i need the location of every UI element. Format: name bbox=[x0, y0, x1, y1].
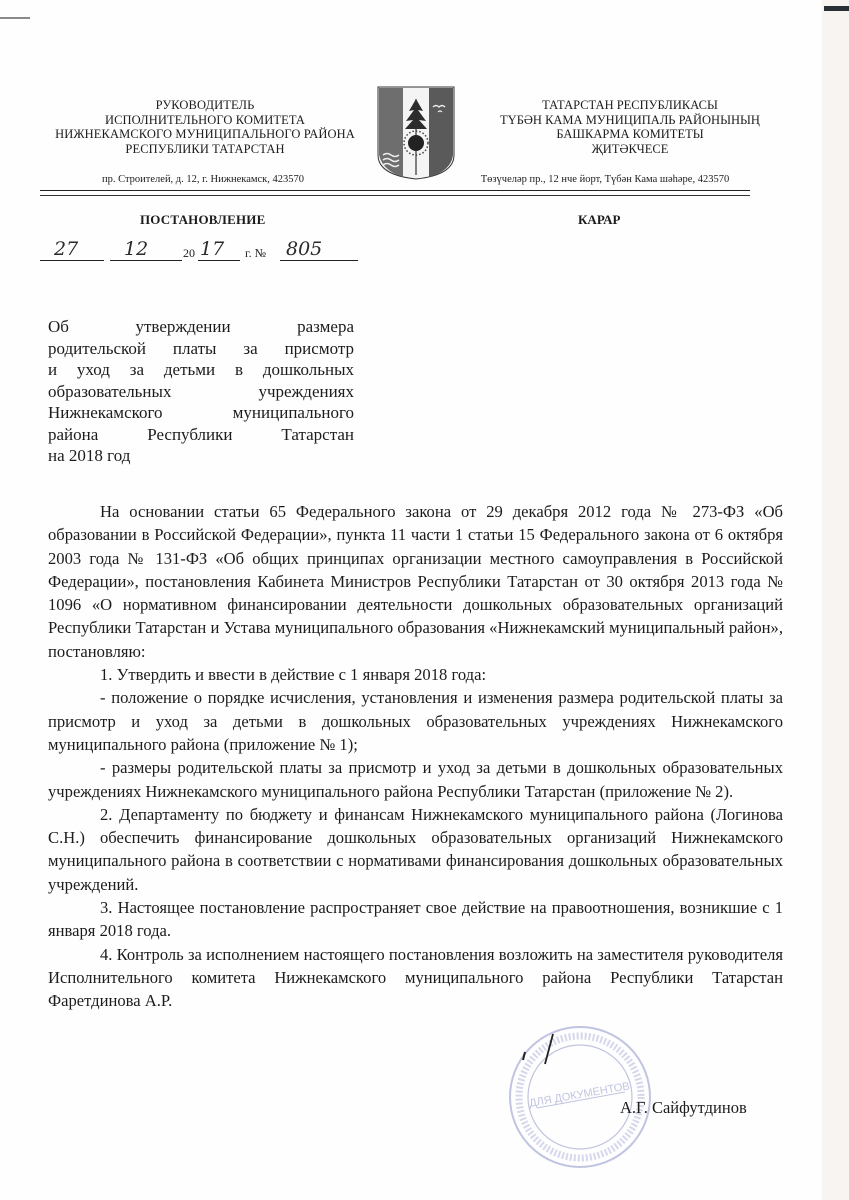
item-3: 3. Настоящее постановление распространяе… bbox=[48, 896, 783, 943]
scan-mark bbox=[0, 17, 30, 19]
document-page: РУКОВОДИТЕЛЬ ИСПОЛНИТЕЛЬНОГО КОМИТЕТА НИ… bbox=[0, 0, 823, 1200]
number-underline bbox=[280, 260, 358, 261]
header-left-line: НИЖНЕКАМСКОГО МУНИЦИПАЛЬНОГО РАЙОНА bbox=[40, 127, 370, 142]
header-divider bbox=[40, 190, 750, 196]
item-1-subitem-a: - положение о порядке исчисления, устано… bbox=[48, 686, 783, 756]
document-body: На основании статьи 65 Федерального зако… bbox=[48, 500, 783, 1013]
subject-line: образовательных учреждениях bbox=[48, 381, 354, 403]
subject-line: на 2018 год bbox=[48, 445, 354, 467]
year-prefix: 20 bbox=[183, 246, 195, 261]
header-left-line: ИСПОЛНИТЕЛЬНОГО КОМИТЕТА bbox=[40, 113, 370, 128]
date-day: 27 bbox=[54, 238, 78, 260]
subject-line: родительской платы за присмотр bbox=[48, 338, 354, 360]
date-year-suffix: 17 bbox=[200, 238, 224, 260]
number-label: г. № bbox=[245, 246, 266, 261]
subject-line: Нижнекамского муниципального bbox=[48, 402, 354, 424]
item-1: 1. Утвердить и ввести в действие с 1 янв… bbox=[48, 663, 783, 686]
item-4: 4. Контроль за исполнением настоящего по… bbox=[48, 943, 783, 1013]
year-underline bbox=[198, 260, 240, 261]
handwritten-signature-icon bbox=[515, 1030, 565, 1070]
doc-type-russian: ПОСТАНОВЛЕНИЕ bbox=[140, 212, 265, 228]
subject-line: Об утверждении размера bbox=[48, 316, 354, 338]
signatory-name: А.Г. Сайфутдинов bbox=[620, 1098, 747, 1118]
scan-edge bbox=[822, 0, 849, 1200]
stamp-text: ДЛЯ ДОКУМЕНТОВ bbox=[528, 1080, 630, 1109]
month-underline bbox=[110, 260, 182, 261]
subject-line: и уход за детьми в дошкольных bbox=[48, 359, 354, 381]
header-right-line: ҖИТӘКЧЕСЕ bbox=[465, 142, 795, 157]
subject-line: района Республики Татарстан bbox=[48, 424, 354, 446]
header-right-line: ТҮБӘН КАМА МУНИЦИПАЛЬ РАЙОНЫНЫҢ bbox=[465, 113, 795, 128]
day-underline bbox=[40, 260, 104, 261]
item-1-subitem-b: - размеры родительской платы за присмотр… bbox=[48, 756, 783, 803]
scan-edge-mark bbox=[824, 6, 849, 11]
header-right-line: БАШКАРМА КОМИТЕТЫ bbox=[465, 127, 795, 142]
header-left-block: РУКОВОДИТЕЛЬ ИСПОЛНИТЕЛЬНОГО КОМИТЕТА НИ… bbox=[40, 98, 370, 156]
header-right-line: ТАТАРСТАН РЕСПУБЛИКАСЫ bbox=[465, 98, 795, 113]
header-left-line: РЕСПУБЛИКИ ТАТАРСТАН bbox=[40, 142, 370, 157]
header-left-line: РУКОВОДИТЕЛЬ bbox=[40, 98, 370, 113]
date-month: 12 bbox=[124, 238, 148, 260]
header-right-block: ТАТАРСТАН РЕСПУБЛИКАСЫ ТҮБӘН КАМА МУНИЦИ… bbox=[465, 98, 795, 156]
nizhnekamsk-coat-of-arms-icon bbox=[375, 85, 457, 180]
header-left-address: пр. Строителей, д. 12, г. Нижнекамск, 42… bbox=[58, 174, 348, 185]
preamble-paragraph: На основании статьи 65 Федерального зако… bbox=[48, 500, 783, 663]
document-subject: Об утверждении размера родительской плат… bbox=[48, 316, 354, 467]
doc-number: 805 bbox=[286, 238, 322, 260]
doc-type-tatar: КАРАР bbox=[578, 212, 620, 228]
date-number-line: 27 12 20 17 г. № 805 bbox=[40, 238, 370, 264]
item-2: 2. Департаменту по бюджету и финансам Ни… bbox=[48, 803, 783, 896]
header-right-address: Төзүчеләр пр., 12 нче йорт, Түбән Кама ш… bbox=[470, 174, 740, 185]
